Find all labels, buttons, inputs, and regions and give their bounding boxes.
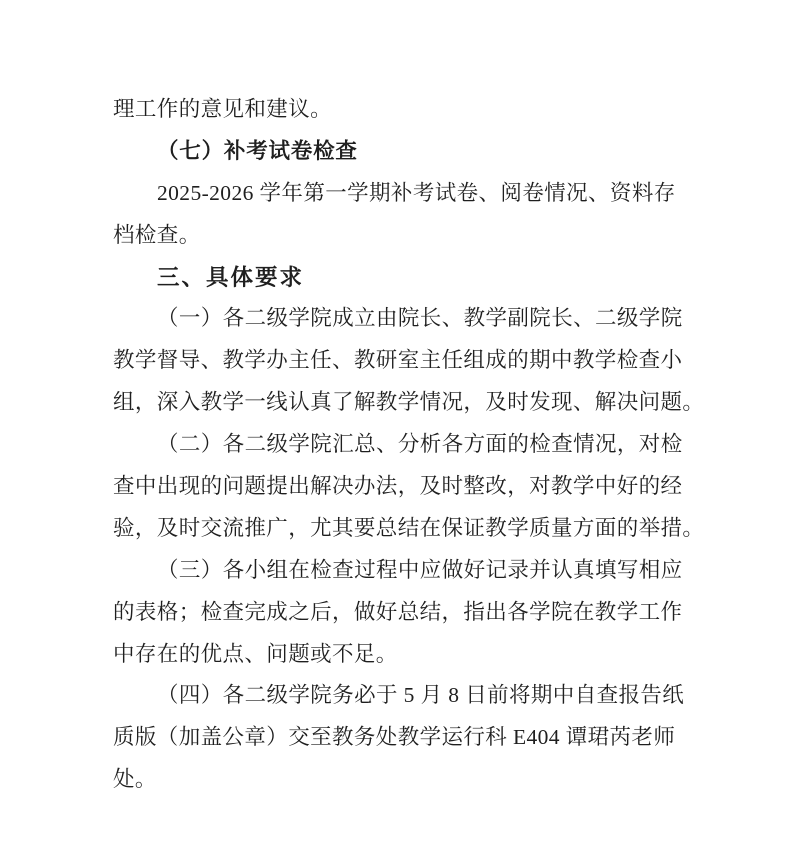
text-line: 查中出现的问题提出解决办法，及时整改，对教学中好的经 — [113, 466, 681, 508]
text-line: 教学督导、教学办主任、教研室主任组成的期中教学检查小 — [113, 340, 681, 382]
text-line-continuation: 理工作的意见和建议。 — [113, 89, 681, 131]
text-line: 质版（加盖公章）交至教务处教学运行科 E404 谭珺芮老师 — [113, 717, 681, 759]
text-line: 组，深入教学一线认真了解教学情况，及时发现、解决问题。 — [113, 382, 681, 424]
text-line: 档检查。 — [113, 215, 681, 257]
section-heading-specific-requirements: 三、具体要求 — [113, 257, 681, 299]
text-line: （四）各二级学院务必于 5 月 8 日前将期中自查报告纸 — [113, 675, 681, 717]
text-line: （一）各二级学院成立由院长、教学副院长、二级学院 — [113, 298, 681, 340]
text-line: （二）各二级学院汇总、分析各方面的检查情况，对检 — [113, 424, 681, 466]
document-page: 理工作的意见和建议。 （七）补考试卷检查 2025-2026 学年第一学期补考试… — [0, 0, 794, 843]
section-heading-supplementary-exam-check: （七）补考试卷检查 — [113, 131, 681, 173]
text-line: 处。 — [113, 759, 681, 801]
text-line: 的表格；检查完成之后，做好总结，指出各学院在教学工作 — [113, 592, 681, 634]
text-line: 验，及时交流推广，尤其要总结在保证教学质量方面的举措。 — [113, 508, 681, 550]
text-line: 中存在的优点、问题或不足。 — [113, 634, 681, 676]
text-line: （三）各小组在检查过程中应做好记录并认真填写相应 — [113, 550, 681, 592]
document-content: 理工作的意见和建议。 （七）补考试卷检查 2025-2026 学年第一学期补考试… — [113, 89, 681, 801]
text-line: 2025-2026 学年第一学期补考试卷、阅卷情况、资料存 — [113, 173, 681, 215]
